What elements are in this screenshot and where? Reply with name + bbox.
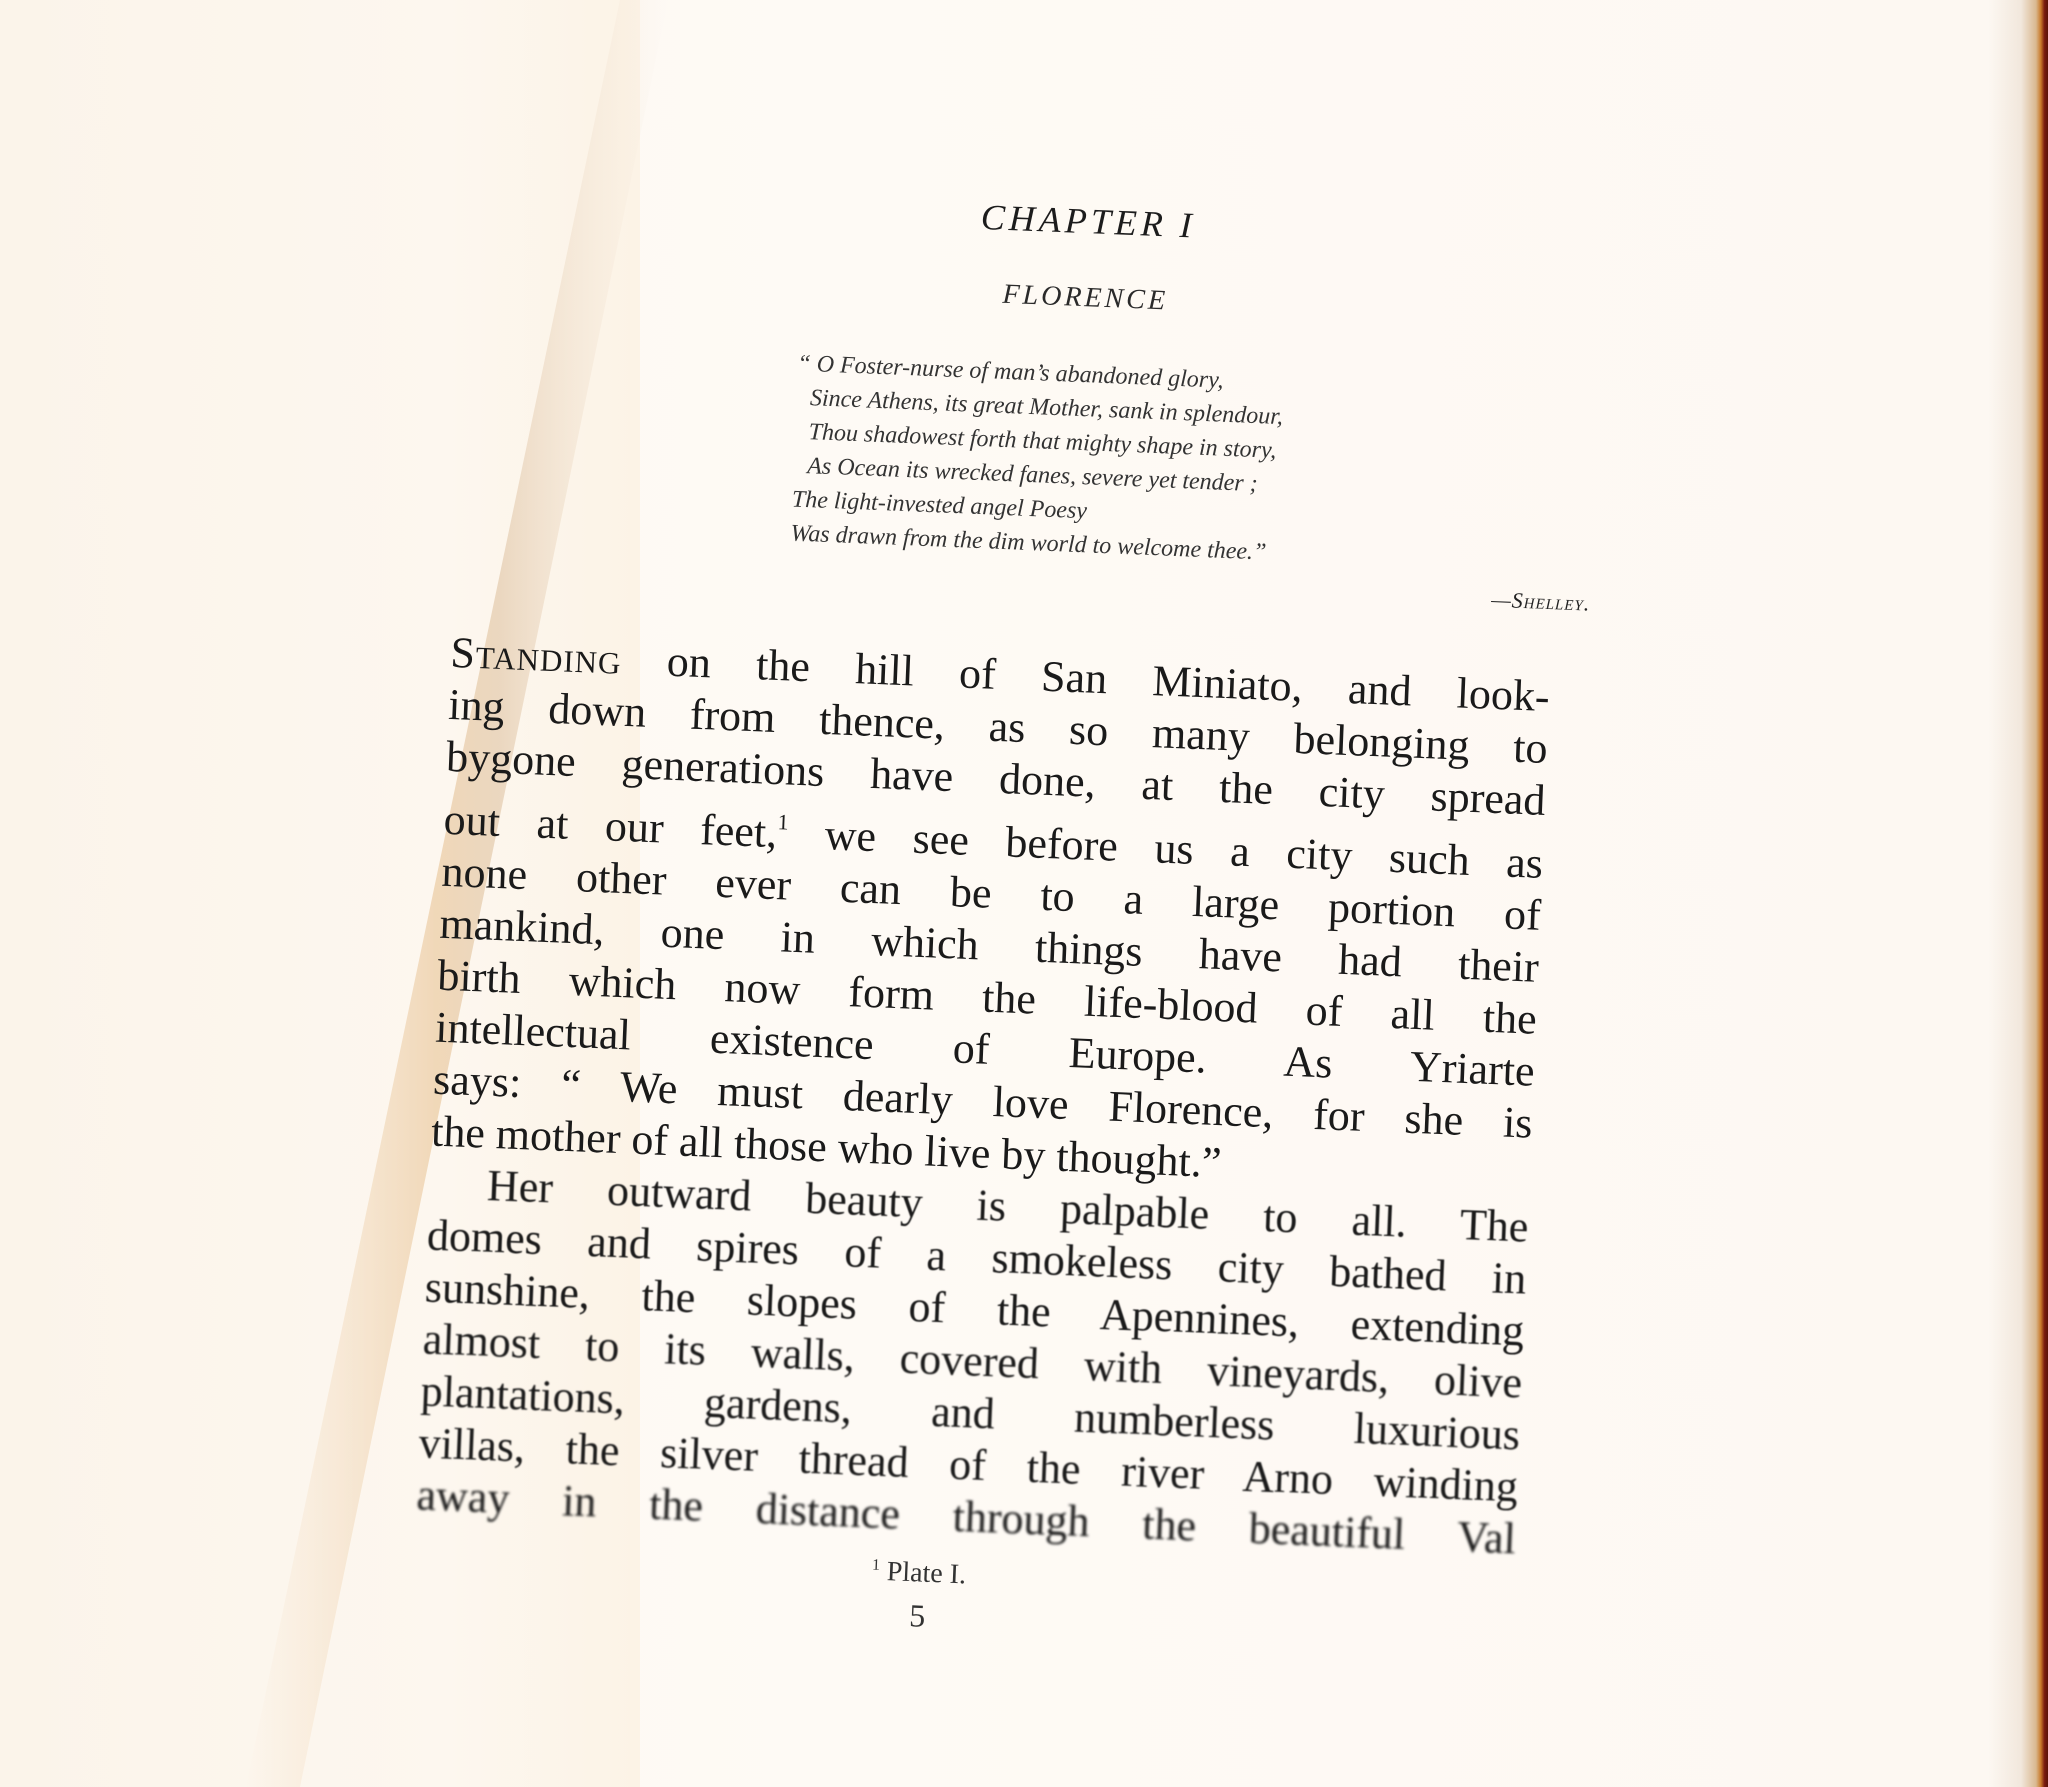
footnote-text: Plate I. bbox=[886, 1556, 966, 1590]
footnote-marker: 1 bbox=[872, 1557, 881, 1574]
book-page: CHAPTER I FLORENCE “ O Foster-nurse of m… bbox=[408, 155, 1700, 1763]
chapter-title: FLORENCE bbox=[655, 265, 1516, 331]
chapter-heading: CHAPTER I bbox=[658, 183, 1519, 259]
body-text: Standing on the hill of San Miniato, and… bbox=[416, 627, 1551, 1565]
opening-word: Standing bbox=[450, 628, 623, 684]
book-photo: CHAPTER I FLORENCE “ O Foster-nurse of m… bbox=[0, 0, 2048, 1787]
book-binding-edge bbox=[1988, 0, 2048, 1787]
epigraph: “ O Foster-nurse of man’s abandoned glor… bbox=[788, 347, 1607, 621]
